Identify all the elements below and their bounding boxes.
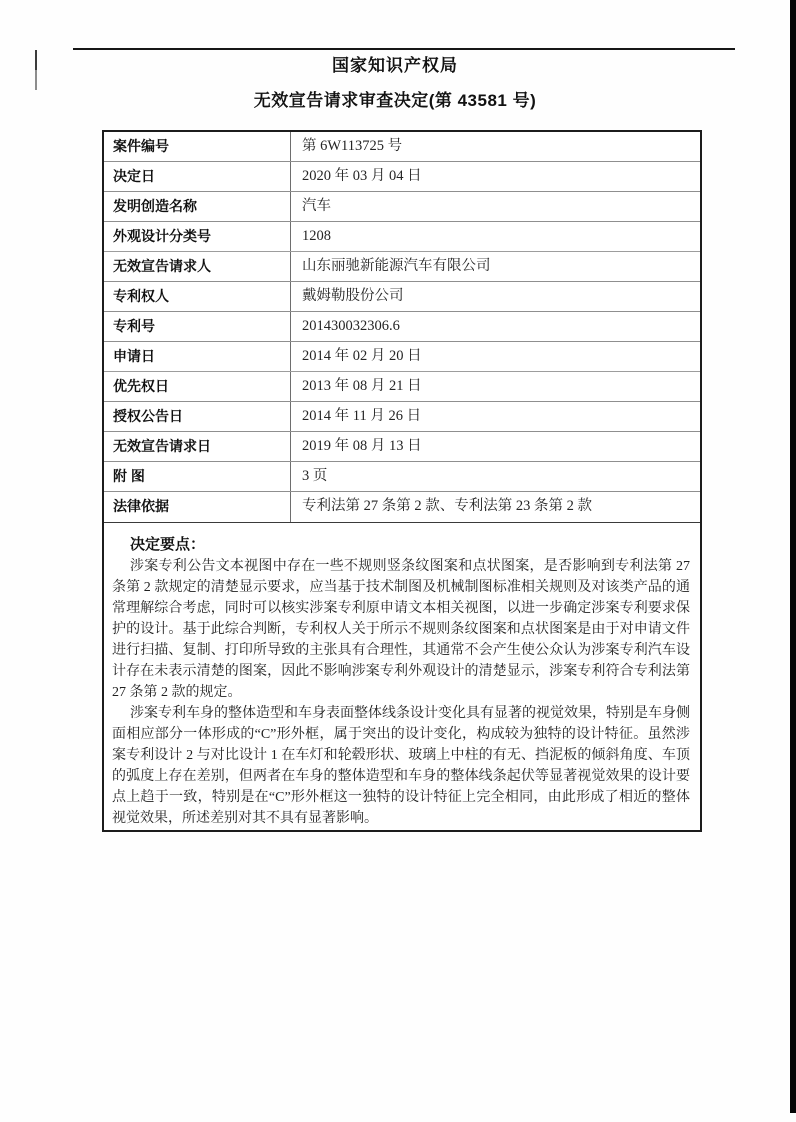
decision-key-points-heading: 决定要点： — [112, 534, 690, 555]
field-value: 2014 年 11 月 26 日 — [291, 402, 700, 431]
field-value: 1208 — [291, 222, 700, 251]
field-value: 山东丽驰新能源汽车有限公司 — [291, 252, 700, 281]
field-label: 附 图 — [104, 462, 291, 491]
table-row: 发明创造名称 汽车 — [104, 192, 700, 222]
field-value: 2019 年 08 月 13 日 — [291, 432, 700, 461]
table-row: 专利权人 戴姆勒股份公司 — [104, 282, 700, 312]
field-label: 专利权人 — [104, 282, 291, 311]
table-row: 法律依据 专利法第 27 条第 2 款、专利法第 23 条第 2 款 — [104, 492, 700, 522]
decision-info-table: 案件编号 第 6W113725 号 决定日 2020 年 03 月 04 日 发… — [102, 130, 702, 832]
table-row: 决定日 2020 年 03 月 04 日 — [104, 162, 700, 192]
field-value: 3 页 — [291, 462, 700, 491]
decision-key-points-cell: 决定要点： 涉案专利公告文本视图中存在一些不规则竖条纹图案和点状图案，是否影响到… — [104, 522, 700, 830]
field-label: 授权公告日 — [104, 402, 291, 431]
field-label: 申请日 — [104, 342, 291, 371]
table-row: 专利号 201430032306.6 — [104, 312, 700, 342]
table-row: 外观设计分类号 1208 — [104, 222, 700, 252]
header-rule — [73, 48, 735, 50]
field-value: 汽车 — [291, 192, 700, 221]
field-label: 案件编号 — [104, 132, 291, 161]
table-row: 附 图 3 页 — [104, 462, 700, 492]
table-row: 申请日 2014 年 02 月 20 日 — [104, 342, 700, 372]
field-value: 2013 年 08 月 21 日 — [291, 372, 700, 401]
field-label: 无效宣告请求人 — [104, 252, 291, 281]
table-row: 无效宣告请求人 山东丽驰新能源汽车有限公司 — [104, 252, 700, 282]
field-value: 第 6W113725 号 — [291, 132, 700, 161]
field-value: 戴姆勒股份公司 — [291, 282, 700, 311]
field-value: 201430032306.6 — [291, 312, 700, 341]
field-label: 优先权日 — [104, 372, 291, 401]
field-label: 专利号 — [104, 312, 291, 341]
page-edge-scan-strip — [790, 0, 796, 1113]
field-label: 外观设计分类号 — [104, 222, 291, 251]
decision-paragraph: 涉案专利公告文本视图中存在一些不规则竖条纹图案和点状图案，是否影响到专利法第 2… — [112, 556, 690, 703]
field-label: 发明创造名称 — [104, 192, 291, 221]
field-label: 无效宣告请求日 — [104, 432, 291, 461]
field-label: 法律依据 — [104, 492, 291, 522]
field-value: 专利法第 27 条第 2 款、专利法第 23 条第 2 款 — [291, 492, 700, 522]
document-page: 国家知识产权局 无效宣告请求审查决定(第 43581 号) 案件编号 第 6W1… — [0, 0, 796, 1122]
table-row: 案件编号 第 6W113725 号 — [104, 132, 700, 162]
field-label: 决定日 — [104, 162, 291, 191]
table-row: 无效宣告请求日 2019 年 08 月 13 日 — [104, 432, 700, 462]
table-row: 授权公告日 2014 年 11 月 26 日 — [104, 402, 700, 432]
field-value: 2020 年 03 月 04 日 — [291, 162, 700, 191]
organization-title: 国家知识产权局 — [0, 51, 790, 76]
decision-paragraph: 涉案专利车身的整体造型和车身表面整体线条设计变化具有显著的视觉效果，特别是车身侧… — [112, 703, 690, 829]
table-row: 优先权日 2013 年 08 月 21 日 — [104, 372, 700, 402]
field-value: 2014 年 02 月 20 日 — [291, 342, 700, 371]
document-title: 无效宣告请求审查决定(第 43581 号) — [0, 86, 790, 111]
